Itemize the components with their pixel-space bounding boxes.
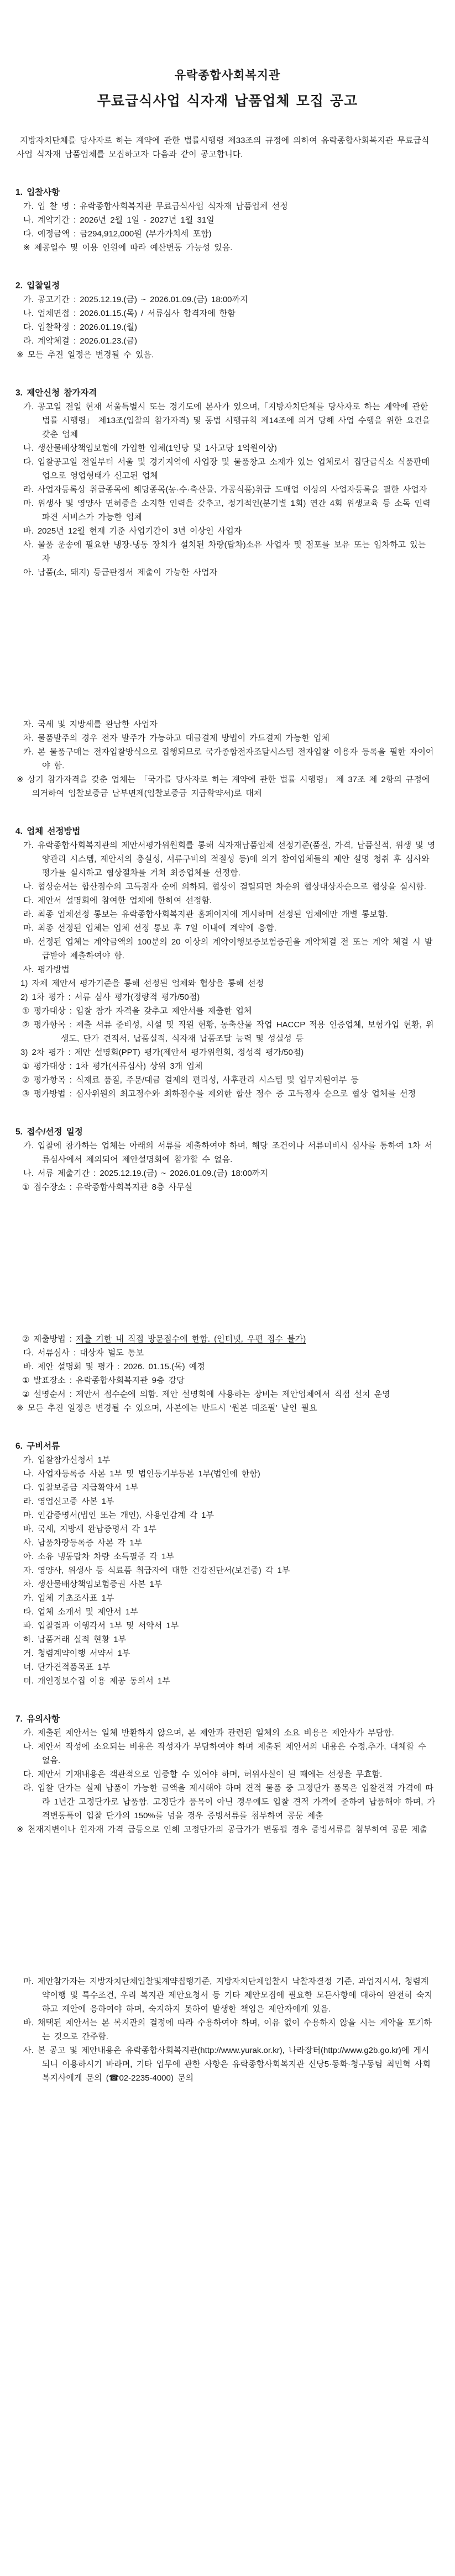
doc-item: 사. 물품 운송에 필요한 냉장·냉동 장치가 설치된 차량(탑차)소유 사업자… xyxy=(0,538,436,566)
section-heading: 6. 구비서류 xyxy=(15,1439,455,1453)
doc-item: 사. 평가방법 xyxy=(0,963,436,976)
section: 3. 제안신청 참가자격가. 공고일 전일 현재 서울특별시 또는 경기도에 본… xyxy=(0,386,455,800)
doc-item: 아. 납품(소, 돼지) 등급판정서 제출이 가능한 사업자 xyxy=(0,566,436,579)
doc-item: ※ 모든 추진 일정은 변경될 수 있음. xyxy=(0,348,436,362)
doc-item: 라. 계약체결 : 2026.01.23.(금) xyxy=(0,334,436,348)
doc-item: ① 접수장소 : 유락종합사회복지관 8층 사무실 xyxy=(0,1180,436,1194)
doc-item: ② 평가항목 : 식재료 품질, 주문/대금 결제의 편리성, 사후관리 시스템… xyxy=(0,1073,436,1087)
doc-item: 가. 입찰에 참가하는 업체는 아래의 서류를 제출하여야 하며, 해당 조건이… xyxy=(0,1139,436,1166)
underlined-text: 제출 기한 내 직접 방문접수에 한함. (인터넷, 우편 접수 불가) xyxy=(76,1334,306,1344)
doc-item: 나. 제안서 작성에 소요되는 비용은 작성자가 부담하여야 하며 제출된 제안… xyxy=(0,1740,436,1767)
doc-item: 다. 서류심사 : 대상자 별도 통보 xyxy=(0,1346,436,1360)
doc-item: 차. 물품발주의 경우 전자 발주가 가능하고 대금결제 방법이 카드결제 가능… xyxy=(0,731,436,745)
doc-item: 다. 입찰확정 : 2026.01.19.(월) xyxy=(0,320,436,334)
doc-item: 나. 업체면접 : 2026.01.15.(목) / 서류심사 합격자에 한함 xyxy=(0,307,436,320)
doc-item: ② 제출방법 : 제출 기한 내 직접 방문접수에 한함. (인터넷, 우편 접… xyxy=(0,1332,436,1346)
doc-item: 자. 영양사, 위생사 등 식료품 취급자에 대한 건강진단서(보건증) 각 1… xyxy=(0,1564,436,1577)
doc-item: 더. 개인정보수집 이용 제공 동의서 1부 xyxy=(0,1674,436,1688)
doc-item: 하. 납품거래 실적 현황 1부 xyxy=(0,1633,436,1646)
document-title: 유락종합사회복지관 무료급식사업 식자재 납품업체 모집 공고 xyxy=(0,64,455,115)
doc-item: 1) 자체 제안서 평가기준을 통해 선정된 업체와 협상을 통해 선정 xyxy=(0,976,436,990)
doc-item: 차. 생산물배상책임보험증권 사본 1부 xyxy=(0,1577,436,1591)
doc-item: ※ 제공일수 및 이용 인원에 따라 예산변동 가능성 있음. xyxy=(0,241,436,255)
section: 7. 유의사항가. 제출된 제안서는 일체 반환하지 않으며, 본 제안과 관련… xyxy=(0,1712,455,2085)
doc-item-label: ② 제출방법 : xyxy=(22,1334,76,1344)
doc-item: 나. 서류 제출기간 : 2025.12.19.(금) ~ 2026.01.09… xyxy=(0,1166,436,1180)
doc-item: 카. 업체 기초조사표 1부 xyxy=(0,1591,436,1605)
section: 2. 입찰일정가. 공고기간 : 2025.12.19.(금) ~ 2026.0… xyxy=(0,279,455,362)
doc-item: 거. 청렴계약이행 서약서 1부 xyxy=(0,1646,436,1660)
doc-item: ② 평가항목 : 제출 서류 준비성, 시설 및 직원 현황, 농축산물 작업 … xyxy=(0,1018,436,1046)
doc-item: 나. 생산물배상책임보험에 가입한 업체(1인당 및 1사고당 1억원이상) xyxy=(0,441,436,455)
document-body: 1. 입찰사항가. 입 찰 명 : 유락종합사회복지관 무료급식사업 식자재 납… xyxy=(0,186,455,2085)
doc-item: 파. 입찰결과 이행각서 1부 및 서약서 1부 xyxy=(0,1619,436,1633)
section: 6. 구비서류가. 입찰참가신청서 1부나. 사업자등록증 사본 1부 및 법인… xyxy=(0,1439,455,1688)
doc-item: 사. 납품차량등록증 사본 각 1부 xyxy=(0,1536,436,1550)
title-announcement-name: 무료급식사업 식자재 납품업체 모집 공고 xyxy=(0,87,455,115)
doc-item: ① 발표장소 : 유락종합사회복지관 9층 강당 xyxy=(0,1374,436,1387)
doc-item: 가. 공고일 전일 현재 서울특별시 또는 경기도에 본사가 있으며,「지방자치… xyxy=(0,400,436,441)
doc-item: 다. 제안서 기재내용은 객관적으로 입증할 수 있어야 하며, 허위사실이 된… xyxy=(0,1767,436,1781)
doc-item: 너. 단가견적품목표 1부 xyxy=(0,1660,436,1674)
doc-item: 바. 제안 설명회 및 평가 : 2026. 01.15.(목) 예정 xyxy=(0,1360,436,1374)
doc-item: 가. 제출된 제안서는 일체 반환하지 않으며, 본 제안과 관련된 일체의 소… xyxy=(0,1726,436,1740)
page-break-gap xyxy=(0,1194,455,1332)
doc-item: 라. 최종 업체선정 통보는 유락종합사회복지관 홈페이지에 게시하며 선정된 … xyxy=(0,907,436,921)
doc-item: ② 설명순서 : 제안서 접수순에 의함. 제안 설명회에 사용하는 장비는 제… xyxy=(0,1387,436,1401)
doc-item: 라. 영업신고증 사본 1부 xyxy=(0,1495,436,1508)
doc-item: 마. 제안참가자는 지방자치단체입찰및계약집행기준, 지방자치단체입찰시 낙찰자… xyxy=(0,1975,436,2016)
doc-item: ① 평가대상 : 1차 평가(서류심사) 상위 3개 업체 xyxy=(0,1059,436,1073)
doc-item: 가. 유락종합사회복지관의 제안서평가위원회를 통해 식자재납품업체 선정기준(… xyxy=(0,838,436,880)
doc-item: ※ 모든 추진 일정은 변경될 수 있으며, 사본에는 반드시 ‘원본 대조필’… xyxy=(0,1401,436,1415)
section-heading: 4. 업체 선정방법 xyxy=(15,825,455,838)
doc-item: 라. 입찰 단가는 실제 납품이 가능한 금액을 제시해야 하며 견적 물품 중… xyxy=(0,1781,436,1823)
section: 5. 접수/선정 일정가. 입찰에 참가하는 업체는 아래의 서류를 제출하여야… xyxy=(0,1125,455,1415)
section-heading: 3. 제안신청 참가자격 xyxy=(15,386,455,400)
doc-item: 카. 본 물품구매는 전자입찰방식으로 집행되므로 국가종합전자조달시스템 전자… xyxy=(0,745,436,773)
doc-item: 마. 최종 선정된 업체는 업체 선정 통보 후 7일 이내에 계약에 응함. xyxy=(0,921,436,935)
section-heading: 7. 유의사항 xyxy=(15,1712,455,1726)
doc-item: ※ 천재지변이나 원자재 가격 급등으로 인해 고정단가의 공급가가 변동될 경… xyxy=(0,1823,436,1836)
doc-item: 3) 2차 평가 : 제안 설명회(PPT) 평가(제안서 평가위원회, 정성적… xyxy=(0,1046,436,1059)
doc-item: 다. 입찰공고일 전일부터 서울 및 경기지역에 사업장 및 물품창고 소재가 … xyxy=(0,455,436,483)
doc-item: 바. 2025년 12월 현재 기준 사업기간이 3년 이상인 사업자 xyxy=(0,524,436,538)
doc-item: 자. 국세 및 지방세를 완납한 사업자 xyxy=(0,717,436,731)
section-heading: 1. 입찰사항 xyxy=(15,186,455,199)
doc-item: 다. 입찰보증금 지급확약서 1부 xyxy=(0,1481,436,1495)
page-break-gap xyxy=(0,1836,455,1975)
doc-item: 바. 채택된 제안서는 본 복지관의 결정에 따라 수용하여야 하며, 이유 없… xyxy=(0,2016,436,2044)
doc-item: 나. 사업자등록증 사본 1부 및 법인등기부등본 1부(법인에 한함) xyxy=(0,1467,436,1481)
doc-item: 가. 입찰참가신청서 1부 xyxy=(0,1453,436,1467)
doc-item: 라. 사업자등록상 취급종목에 해당종목(농·수·축산물, 가공식품)취급 도매… xyxy=(0,483,436,497)
doc-item: 나. 계약기간 : 2026년 2월 1일 - 2027년 1월 31일 xyxy=(0,213,436,227)
page-break-gap xyxy=(0,579,455,717)
doc-item: 마. 인감증명서(법인 또는 개인), 사용인감계 각 1부 xyxy=(0,1508,436,1522)
section-heading: 2. 입찰일정 xyxy=(15,279,455,293)
announcement-document: 유락종합사회복지관 무료급식사업 식자재 납품업체 모집 공고 지방자치단체를 … xyxy=(0,0,455,2085)
doc-item: 아. 소유 냉동탑차 차량 소득필증 각 1부 xyxy=(0,1550,436,1564)
doc-item: 다. 예정금액 : 금294,912,000원 (부가가치세 포함) xyxy=(0,227,436,241)
doc-item: ③ 평가방법 : 심사위원의 최고점수와 최하점수를 제외한 합산 점수 중 고… xyxy=(0,1087,436,1101)
doc-item: 2) 1차 평가 : 서류 심사 평가(정량적 평가/50점) xyxy=(0,990,436,1004)
section-heading: 5. 접수/선정 일정 xyxy=(15,1125,455,1139)
doc-item: 바. 선정된 업체는 계약금액의 100분의 20 이상의 계약이행보증보험증권… xyxy=(0,935,436,963)
doc-item: ※ 상기 참가자격을 갖춘 업체는 「국가를 당사자로 하는 계약에 관한 법률… xyxy=(0,773,436,800)
section: 1. 입찰사항가. 입 찰 명 : 유락종합사회복지관 무료급식사업 식자재 납… xyxy=(0,186,455,255)
section: 4. 업체 선정방법가. 유락종합사회복지관의 제안서평가위원회를 통해 식자재… xyxy=(0,825,455,1101)
intro-paragraph: 지방자치단체를 당사자로 하는 계약에 관한 법률시행령 제33조의 규정에 의… xyxy=(17,134,436,161)
doc-item: 나. 협상순서는 합산점수의 고득점자 순에 의하되, 협상이 결렬되면 차순위… xyxy=(0,880,436,894)
doc-item: 마. 위생사 및 영양사 면허증을 소지한 인력을 갖추고, 정기적인(분기별 … xyxy=(0,497,436,524)
doc-item: 가. 공고기간 : 2025.12.19.(금) ~ 2026.01.09.(금… xyxy=(0,293,436,307)
doc-item: 사. 본 공고 및 제안내용은 유락종합사회복지관(http://www.yur… xyxy=(0,2044,436,2085)
doc-item: ① 평가대상 : 입찰 참가 자격을 갖추고 제안서를 제출한 업체 xyxy=(0,1004,436,1018)
doc-item: 가. 입 찰 명 : 유락종합사회복지관 무료급식사업 식자재 납품업체 선정 xyxy=(0,199,436,213)
doc-item: 타. 업체 소개서 및 제안서 1부 xyxy=(0,1605,436,1619)
title-org-name: 유락종합사회복지관 xyxy=(0,64,455,87)
doc-item: 다. 제안서 설명회에 참여한 업체에 한하여 선정함. xyxy=(0,894,436,907)
doc-item: 바. 국세, 지방세 완납증명서 각 1부 xyxy=(0,1522,436,1536)
